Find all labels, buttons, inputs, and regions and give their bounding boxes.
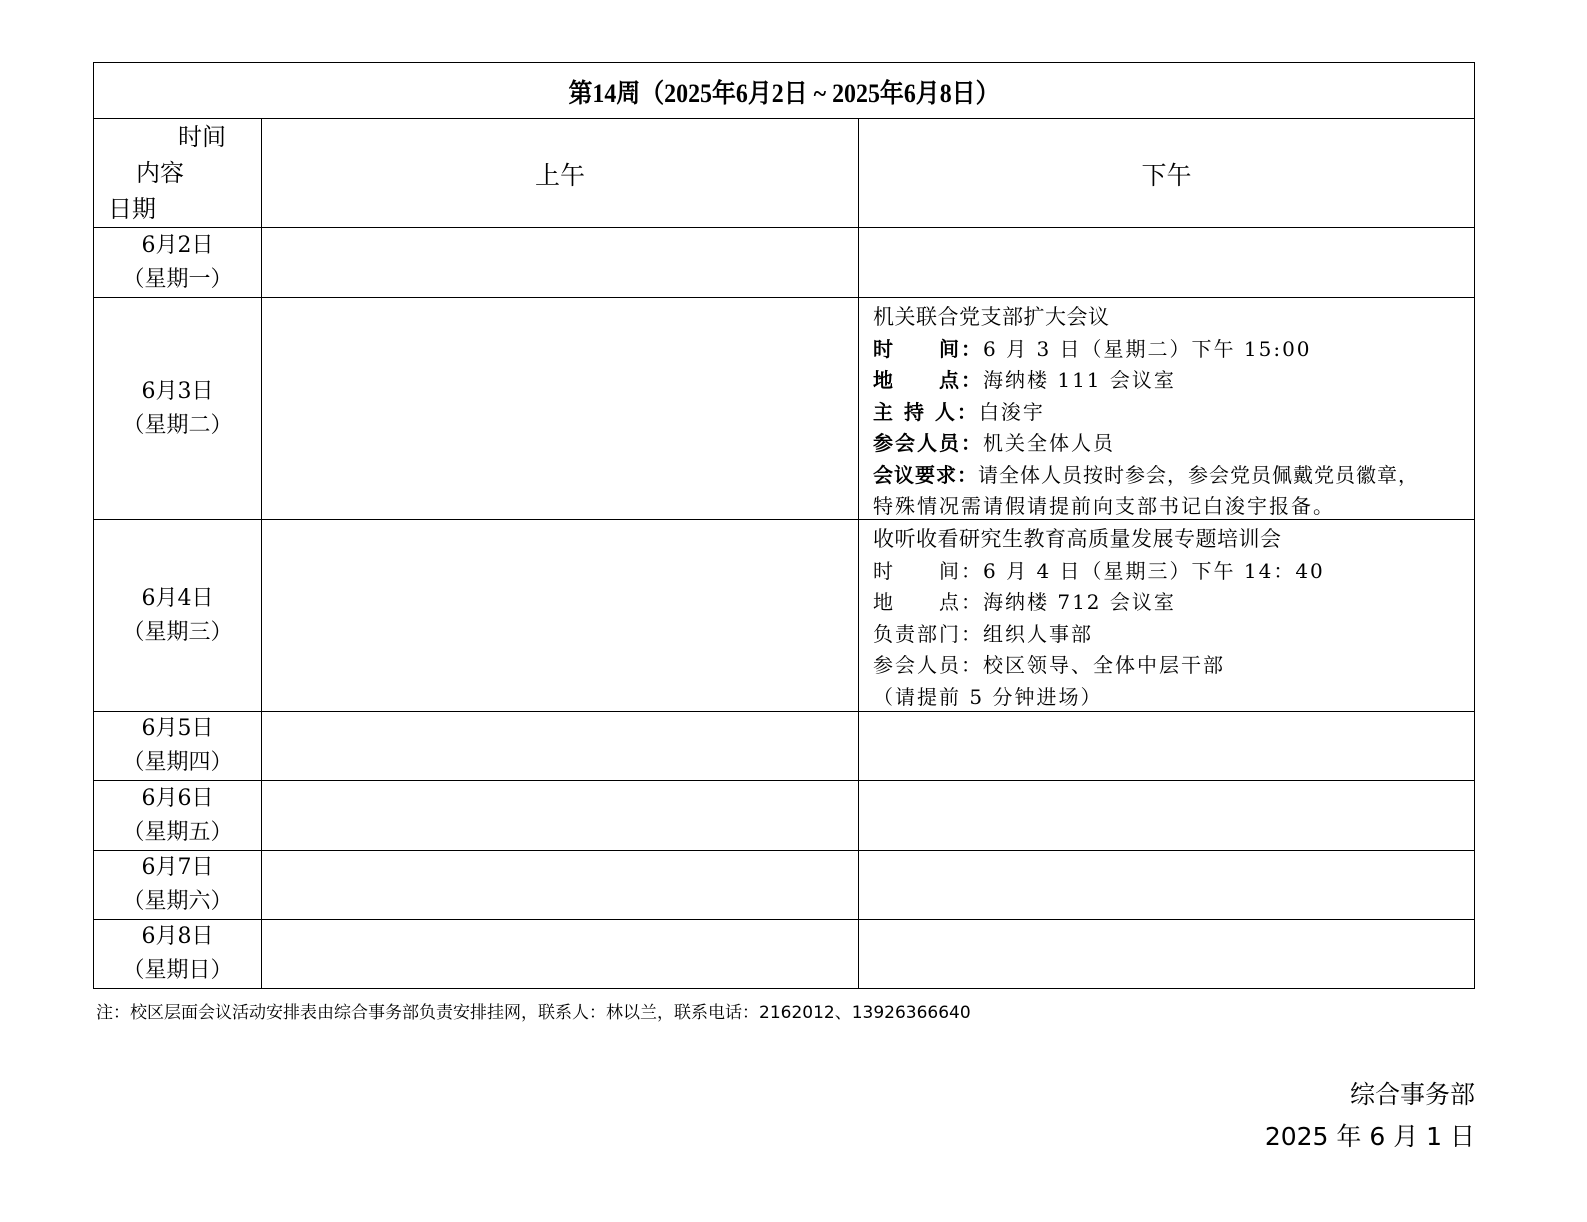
date-label: 6月5日 xyxy=(142,712,214,746)
date-cell-jun3: 6月3日 （星期二） xyxy=(94,298,261,519)
date-label: 6月7日 xyxy=(142,851,214,885)
event-label: 时 间： xyxy=(873,559,983,583)
event-line-time: 时 间：6 月 4 日（星期三）下午 14：40 xyxy=(873,556,1474,588)
event-label: 参会人员： xyxy=(873,431,983,455)
event-label: 地 点： xyxy=(873,368,983,392)
event-label: 参会人员： xyxy=(873,653,983,677)
event-value: 6 月 4 日（星期三）下午 14：40 xyxy=(983,559,1325,583)
date-label: 6月4日 xyxy=(142,582,214,616)
weekday-label: （星期二） xyxy=(122,409,232,443)
date-cell-jun5: 6月5日 （星期四） xyxy=(94,712,261,780)
event-value: 请全体人员按时参会，参会党员佩戴党员徽章， xyxy=(978,463,1419,487)
event-label: 时 间： xyxy=(873,337,983,361)
event-label: 会议要求： xyxy=(873,463,978,487)
event-line-location: 地 点：海纳楼 111 会议室 xyxy=(873,365,1474,397)
date-cell-jun4: 6月4日 （星期三） xyxy=(94,520,261,711)
header-morning: 上午 xyxy=(262,119,858,228)
event-line-host: 主 持 人：白浚宇 xyxy=(873,397,1474,429)
event-jun3-afternoon: 机关联合党支部扩大会议 时 间：6 月 3 日（星期二）下午 15:00 地 点… xyxy=(859,298,1474,519)
event-line-attendees: 参会人员：机关全体人员 xyxy=(873,428,1474,460)
event-extra: 特殊情况需请假请提前向支部书记白浚宇报备。 xyxy=(873,491,1474,523)
date-label: 6月2日 xyxy=(142,229,214,263)
event-value: 6 月 3 日（星期二）下午 15:00 xyxy=(983,337,1312,361)
col-divider xyxy=(261,118,262,988)
weekday-label: （星期三） xyxy=(122,616,232,650)
event-value: 机关全体人员 xyxy=(983,431,1115,455)
schedule-table: 第14周（2025年6月2日 ~ 2025年6月8日） 时间 内容 日期 上午 … xyxy=(93,62,1475,989)
event-line-attendees: 参会人员：校区领导、全体中层干部 xyxy=(873,650,1474,682)
event-extra: （请提前 5 分钟进场） xyxy=(873,682,1474,714)
weekday-label: （星期日） xyxy=(122,954,232,988)
corner-label-content: 内容 xyxy=(136,155,184,192)
weekday-label: （星期四） xyxy=(122,746,232,780)
signature-date: 2025 年 6 月 1 日 xyxy=(1265,1117,1475,1153)
date-cell-jun8: 6月8日 （星期日） xyxy=(94,920,261,988)
event-label: 主 持 人： xyxy=(873,400,979,424)
date-label: 6月8日 xyxy=(142,920,214,954)
event-title: 机关联合党支部扩大会议 xyxy=(873,302,1474,334)
corner-label-time: 时间 xyxy=(178,119,226,156)
event-value: 组织人事部 xyxy=(983,622,1093,646)
event-label: 地 点： xyxy=(873,590,983,614)
event-value: 海纳楼 712 会议室 xyxy=(983,590,1176,614)
footnote: 注：校区层面会议活动安排表由综合事务部负责安排挂网，联系人：林以兰，联系电话：2… xyxy=(96,998,971,1023)
event-title: 收听收看研究生教育高质量发展专题培训会 xyxy=(873,524,1474,556)
row-divider xyxy=(94,780,1474,781)
event-value: 白浚宇 xyxy=(979,400,1045,424)
header-afternoon: 下午 xyxy=(859,119,1474,228)
row-divider xyxy=(94,919,1474,920)
event-line-location: 地 点：海纳楼 712 会议室 xyxy=(873,587,1474,619)
signature-department: 综合事务部 xyxy=(1350,1075,1475,1111)
header-corner-cell: 时间 内容 日期 xyxy=(94,119,261,228)
date-cell-jun7: 6月7日 （星期六） xyxy=(94,851,261,919)
event-jun4-afternoon: 收听收看研究生教育高质量发展专题培训会 时 间：6 月 4 日（星期三）下午 1… xyxy=(859,520,1474,711)
date-cell-jun6: 6月6日 （星期五） xyxy=(94,781,261,850)
event-line-department: 负责部门：组织人事部 xyxy=(873,619,1474,651)
weekday-label: （星期六） xyxy=(122,885,232,919)
row-divider xyxy=(94,850,1474,851)
event-line-requirements: 会议要求：请全体人员按时参会，参会党员佩戴党员徽章， xyxy=(873,460,1474,492)
date-cell-jun2: 6月2日 （星期一） xyxy=(94,228,261,297)
event-label: 负责部门： xyxy=(873,622,983,646)
event-value: 校区领导、全体中层干部 xyxy=(983,653,1225,677)
event-line-time: 时 间：6 月 3 日（星期二）下午 15:00 xyxy=(873,334,1474,366)
weekday-label: （星期一） xyxy=(122,263,232,297)
date-label: 6月3日 xyxy=(142,375,214,409)
week-title: 第14周（2025年6月2日 ~ 2025年6月8日） xyxy=(149,63,1419,119)
date-label: 6月6日 xyxy=(142,782,214,816)
corner-label-date: 日期 xyxy=(108,191,156,228)
weekday-label: （星期五） xyxy=(122,816,232,850)
event-value: 海纳楼 111 会议室 xyxy=(983,368,1176,392)
